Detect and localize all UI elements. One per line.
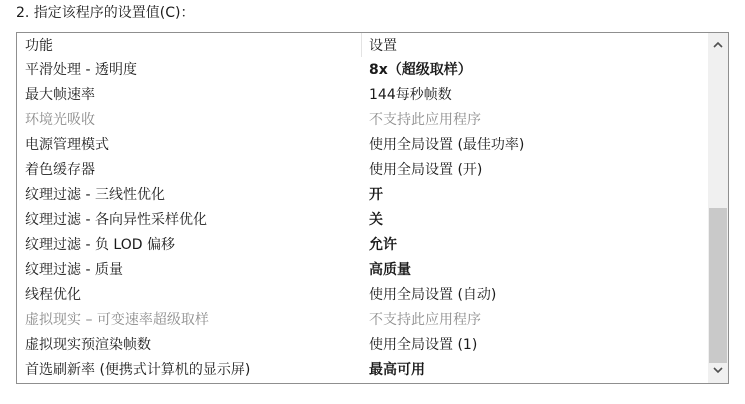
feature-cell: 纹理过滤 - 各向异性采样优化 <box>25 208 207 233</box>
settings-listview[interactable]: 功能 设置 平滑处理 - 透明度 8x（超级取样） 最大帧速率 144每秒帧数 … <box>16 32 729 384</box>
column-header-feature[interactable]: 功能 <box>25 33 53 57</box>
chevron-up-icon <box>713 41 723 48</box>
table-row[interactable]: 虚拟现实预渲染帧数 使用全局设置 (1) <box>17 333 709 358</box>
setting-cell: 不支持此应用程序 <box>369 108 481 133</box>
table-row[interactable]: 纹理过滤 - 三线性优化 开 <box>17 183 709 208</box>
table-row[interactable]: 纹理过滤 - 各向异性采样优化 关 <box>17 208 709 233</box>
setting-cell[interactable]: 允许 <box>369 233 397 258</box>
table-row[interactable]: 电源管理模式 使用全局设置 (最佳功率) <box>17 133 709 158</box>
feature-cell: 虚拟现实预渲染帧数 <box>25 333 151 358</box>
table-row[interactable]: 线程优化 使用全局设置 (自动) <box>17 283 709 308</box>
setting-cell[interactable]: 高质量 <box>369 258 411 283</box>
setting-cell[interactable]: 使用全局设置 (自动) <box>369 283 496 308</box>
setting-cell[interactable]: 使用全局设置 (1) <box>369 333 477 358</box>
setting-cell[interactable]: 8x（超级取样） <box>369 58 472 83</box>
table-row[interactable]: 虚拟现实 – 可变速率超级取样 不支持此应用程序 <box>17 308 709 333</box>
list-rows: 平滑处理 - 透明度 8x（超级取样） 最大帧速率 144每秒帧数 环境光吸收 … <box>17 58 709 383</box>
section-label: 2. 指定该程序的设置值(C)： <box>16 3 195 23</box>
scroll-up-button[interactable] <box>708 33 728 57</box>
column-header-setting[interactable]: 设置 <box>369 33 397 57</box>
feature-cell: 虚拟现实 – 可变速率超级取样 <box>25 308 209 333</box>
setting-cell[interactable]: 关 <box>369 208 383 233</box>
setting-cell[interactable]: 最高可用 <box>369 358 425 383</box>
list-header: 功能 设置 <box>17 33 709 57</box>
table-row[interactable]: 最大帧速率 144每秒帧数 <box>17 83 709 108</box>
setting-cell[interactable]: 144每秒帧数 <box>369 83 452 108</box>
setting-cell[interactable]: 使用全局设置 (最佳功率) <box>369 133 524 158</box>
setting-cell: 不支持此应用程序 <box>369 308 481 333</box>
setting-cell[interactable]: 使用全局设置 (开) <box>369 158 482 183</box>
table-row[interactable]: 着色缓存器 使用全局设置 (开) <box>17 158 709 183</box>
table-row[interactable]: 平滑处理 - 透明度 8x（超级取样） <box>17 58 709 83</box>
scrollbar-thumb[interactable] <box>709 208 727 363</box>
feature-cell: 首选刷新率 (便携式计算机的显示屏) <box>25 358 250 383</box>
feature-cell: 平滑处理 - 透明度 <box>25 58 137 83</box>
table-row[interactable]: 首选刷新率 (便携式计算机的显示屏) 最高可用 <box>17 358 709 383</box>
vertical-scrollbar[interactable] <box>708 33 728 383</box>
feature-cell: 纹理过滤 - 质量 <box>25 258 123 283</box>
feature-cell: 环境光吸收 <box>25 108 95 133</box>
feature-cell: 线程优化 <box>25 283 81 308</box>
feature-cell: 电源管理模式 <box>25 133 109 158</box>
chevron-down-icon <box>713 367 723 374</box>
table-row[interactable]: 纹理过滤 - 质量 高质量 <box>17 258 709 283</box>
feature-cell: 着色缓存器 <box>25 158 95 183</box>
table-row[interactable]: 环境光吸收 不支持此应用程序 <box>17 108 709 133</box>
column-divider[interactable] <box>361 33 362 57</box>
setting-cell[interactable]: 开 <box>369 183 383 208</box>
table-row[interactable]: 纹理过滤 - 负 LOD 偏移 允许 <box>17 233 709 258</box>
feature-cell: 最大帧速率 <box>25 83 95 108</box>
feature-cell: 纹理过滤 - 三线性优化 <box>25 183 165 208</box>
feature-cell: 纹理过滤 - 负 LOD 偏移 <box>25 233 175 258</box>
scroll-down-button[interactable] <box>708 359 728 383</box>
